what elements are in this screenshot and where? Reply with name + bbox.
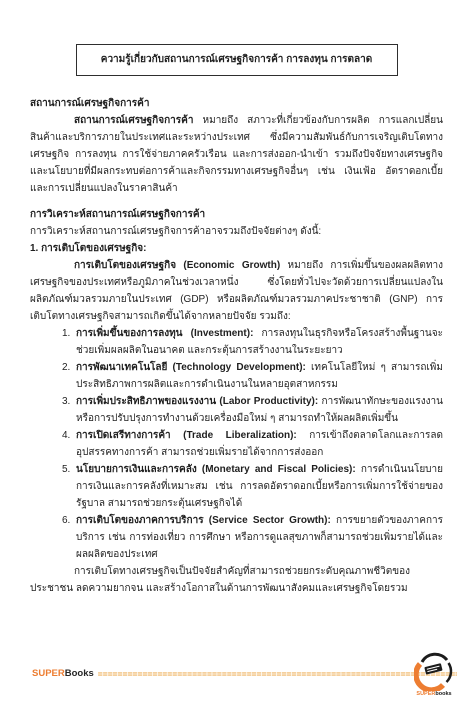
list-item: 4. การเปิดเสรีทางการค้า (Trade Liberaliz…: [62, 427, 443, 461]
list-item-number: 3.: [62, 393, 76, 410]
list-item-number: 2.: [62, 359, 76, 376]
factor-list: 1. การเพิ่มขึ้นของการลงทุน (Investment):…: [62, 325, 443, 563]
list-item-text: การเพิ่มประสิทธิภาพของแรงงาน (Labor Prod…: [76, 393, 443, 427]
subheading-economic-growth: 1. การเติบโตของเศรษฐกิจ:: [30, 240, 443, 257]
logo-text-super: SUPER: [416, 691, 435, 697]
footer-divider-line: ========================================…: [98, 669, 457, 679]
page-footer: SUPERBooks =============================…: [32, 641, 457, 697]
list-item-text: การเพิ่มขึ้นของการลงทุน (Investment): กา…: [76, 325, 443, 359]
logo-text-books: books: [435, 691, 451, 697]
list-item: 6. การเติบโตของภาคการบริการ (Service Sec…: [62, 512, 443, 563]
footer-brand-books: Books: [65, 668, 94, 679]
list-item: 1. การเพิ่มขึ้นของการลงทุน (Investment):…: [62, 325, 443, 359]
list-item: 5. นโยบายการเงินและการคลัง (Monetary and…: [62, 461, 443, 512]
title-banner-text: ความรู้เกี่ยวกับสถานการณ์เศรษฐกิจการค้า …: [101, 54, 372, 65]
section-heading-analysis: การวิเคราะห์สถานการณ์เศรษฐกิจการค้า: [30, 206, 443, 223]
list-item-text: การพัฒนาเทคโนโลยี (Technology Developmen…: [76, 359, 443, 393]
paragraph-lead-bold: การเติบโตของเศรษฐกิจ (Economic Growth): [74, 260, 280, 271]
list-item-number: 5.: [62, 461, 76, 478]
publisher-logo-wordmark: SUPERbooks: [411, 691, 457, 697]
list-item-text: นโยบายการเงินและการคลัง (Monetary and Fi…: [76, 461, 443, 512]
list-item-lead-bold: การเปิดเสรีทางการค้า (Trade Liberalizati…: [76, 430, 297, 441]
list-item-text: การเติบโตของภาคการบริการ (Service Sector…: [76, 512, 443, 563]
document-body: สถานการณ์เศรษฐกิจการค้า สถานการณ์เศรษฐกิ…: [0, 95, 473, 597]
superbooks-swoosh-icon: [414, 651, 454, 691]
paragraph-economic-growth: การเติบโตของเศรษฐกิจ (Economic Growth) ห…: [30, 257, 443, 325]
publisher-logo: SUPERbooks: [411, 651, 457, 697]
list-item: 3. การเพิ่มประสิทธิภาพของแรงงาน (Labor P…: [62, 393, 443, 427]
closing-paragraph: การเติบโตทางเศรษฐกิจเป็นปัจจัยสำคัญที่สา…: [30, 563, 443, 597]
paragraph-trade-situation: สถานการณ์เศรษฐกิจการค้า หมายถึง สภาวะที่…: [30, 112, 443, 197]
list-item-lead-bold: การเพิ่มขึ้นของการลงทุน (Investment):: [76, 328, 253, 339]
list-item-lead-bold: การพัฒนาเทคโนโลยี (Technology Developmen…: [76, 362, 306, 373]
list-item-text: การเปิดเสรีทางการค้า (Trade Liberalizati…: [76, 427, 443, 461]
footer-brand: SUPERBooks: [32, 668, 94, 679]
paragraph-lead-bold: สถานการณ์เศรษฐกิจการค้า: [74, 115, 193, 126]
list-item-number: 1.: [62, 325, 76, 342]
title-banner: ความรู้เกี่ยวกับสถานการณ์เศรษฐกิจการค้า …: [76, 44, 398, 76]
list-item-number: 6.: [62, 512, 76, 529]
list-item: 2. การพัฒนาเทคโนโลยี (Technology Develop…: [62, 359, 443, 393]
document-page: ความรู้เกี่ยวกับสถานการณ์เศรษฐกิจการค้า …: [0, 0, 473, 705]
list-item-lead-bold: การเติบโตของภาคการบริการ (Service Sector…: [76, 515, 331, 526]
footer-brand-super: SUPER: [32, 668, 65, 679]
list-item-lead-bold: นโยบายการเงินและการคลัง (Monetary and Fi…: [76, 464, 356, 475]
paragraph-body-text: หมายถึง สภาวะที่เกี่ยวข้องกับการผลิต การ…: [30, 115, 443, 194]
footer-row: SUPERBooks =============================…: [32, 668, 457, 679]
list-item-lead-bold: การเพิ่มประสิทธิภาพของแรงงาน (Labor Prod…: [76, 396, 318, 407]
analysis-intro-line: การวิเคราะห์สถานการณ์เศรษฐกิจการค้าอาจรว…: [30, 223, 443, 240]
list-item-number: 4.: [62, 427, 76, 444]
section-heading-trade-situation: สถานการณ์เศรษฐกิจการค้า: [30, 95, 443, 112]
